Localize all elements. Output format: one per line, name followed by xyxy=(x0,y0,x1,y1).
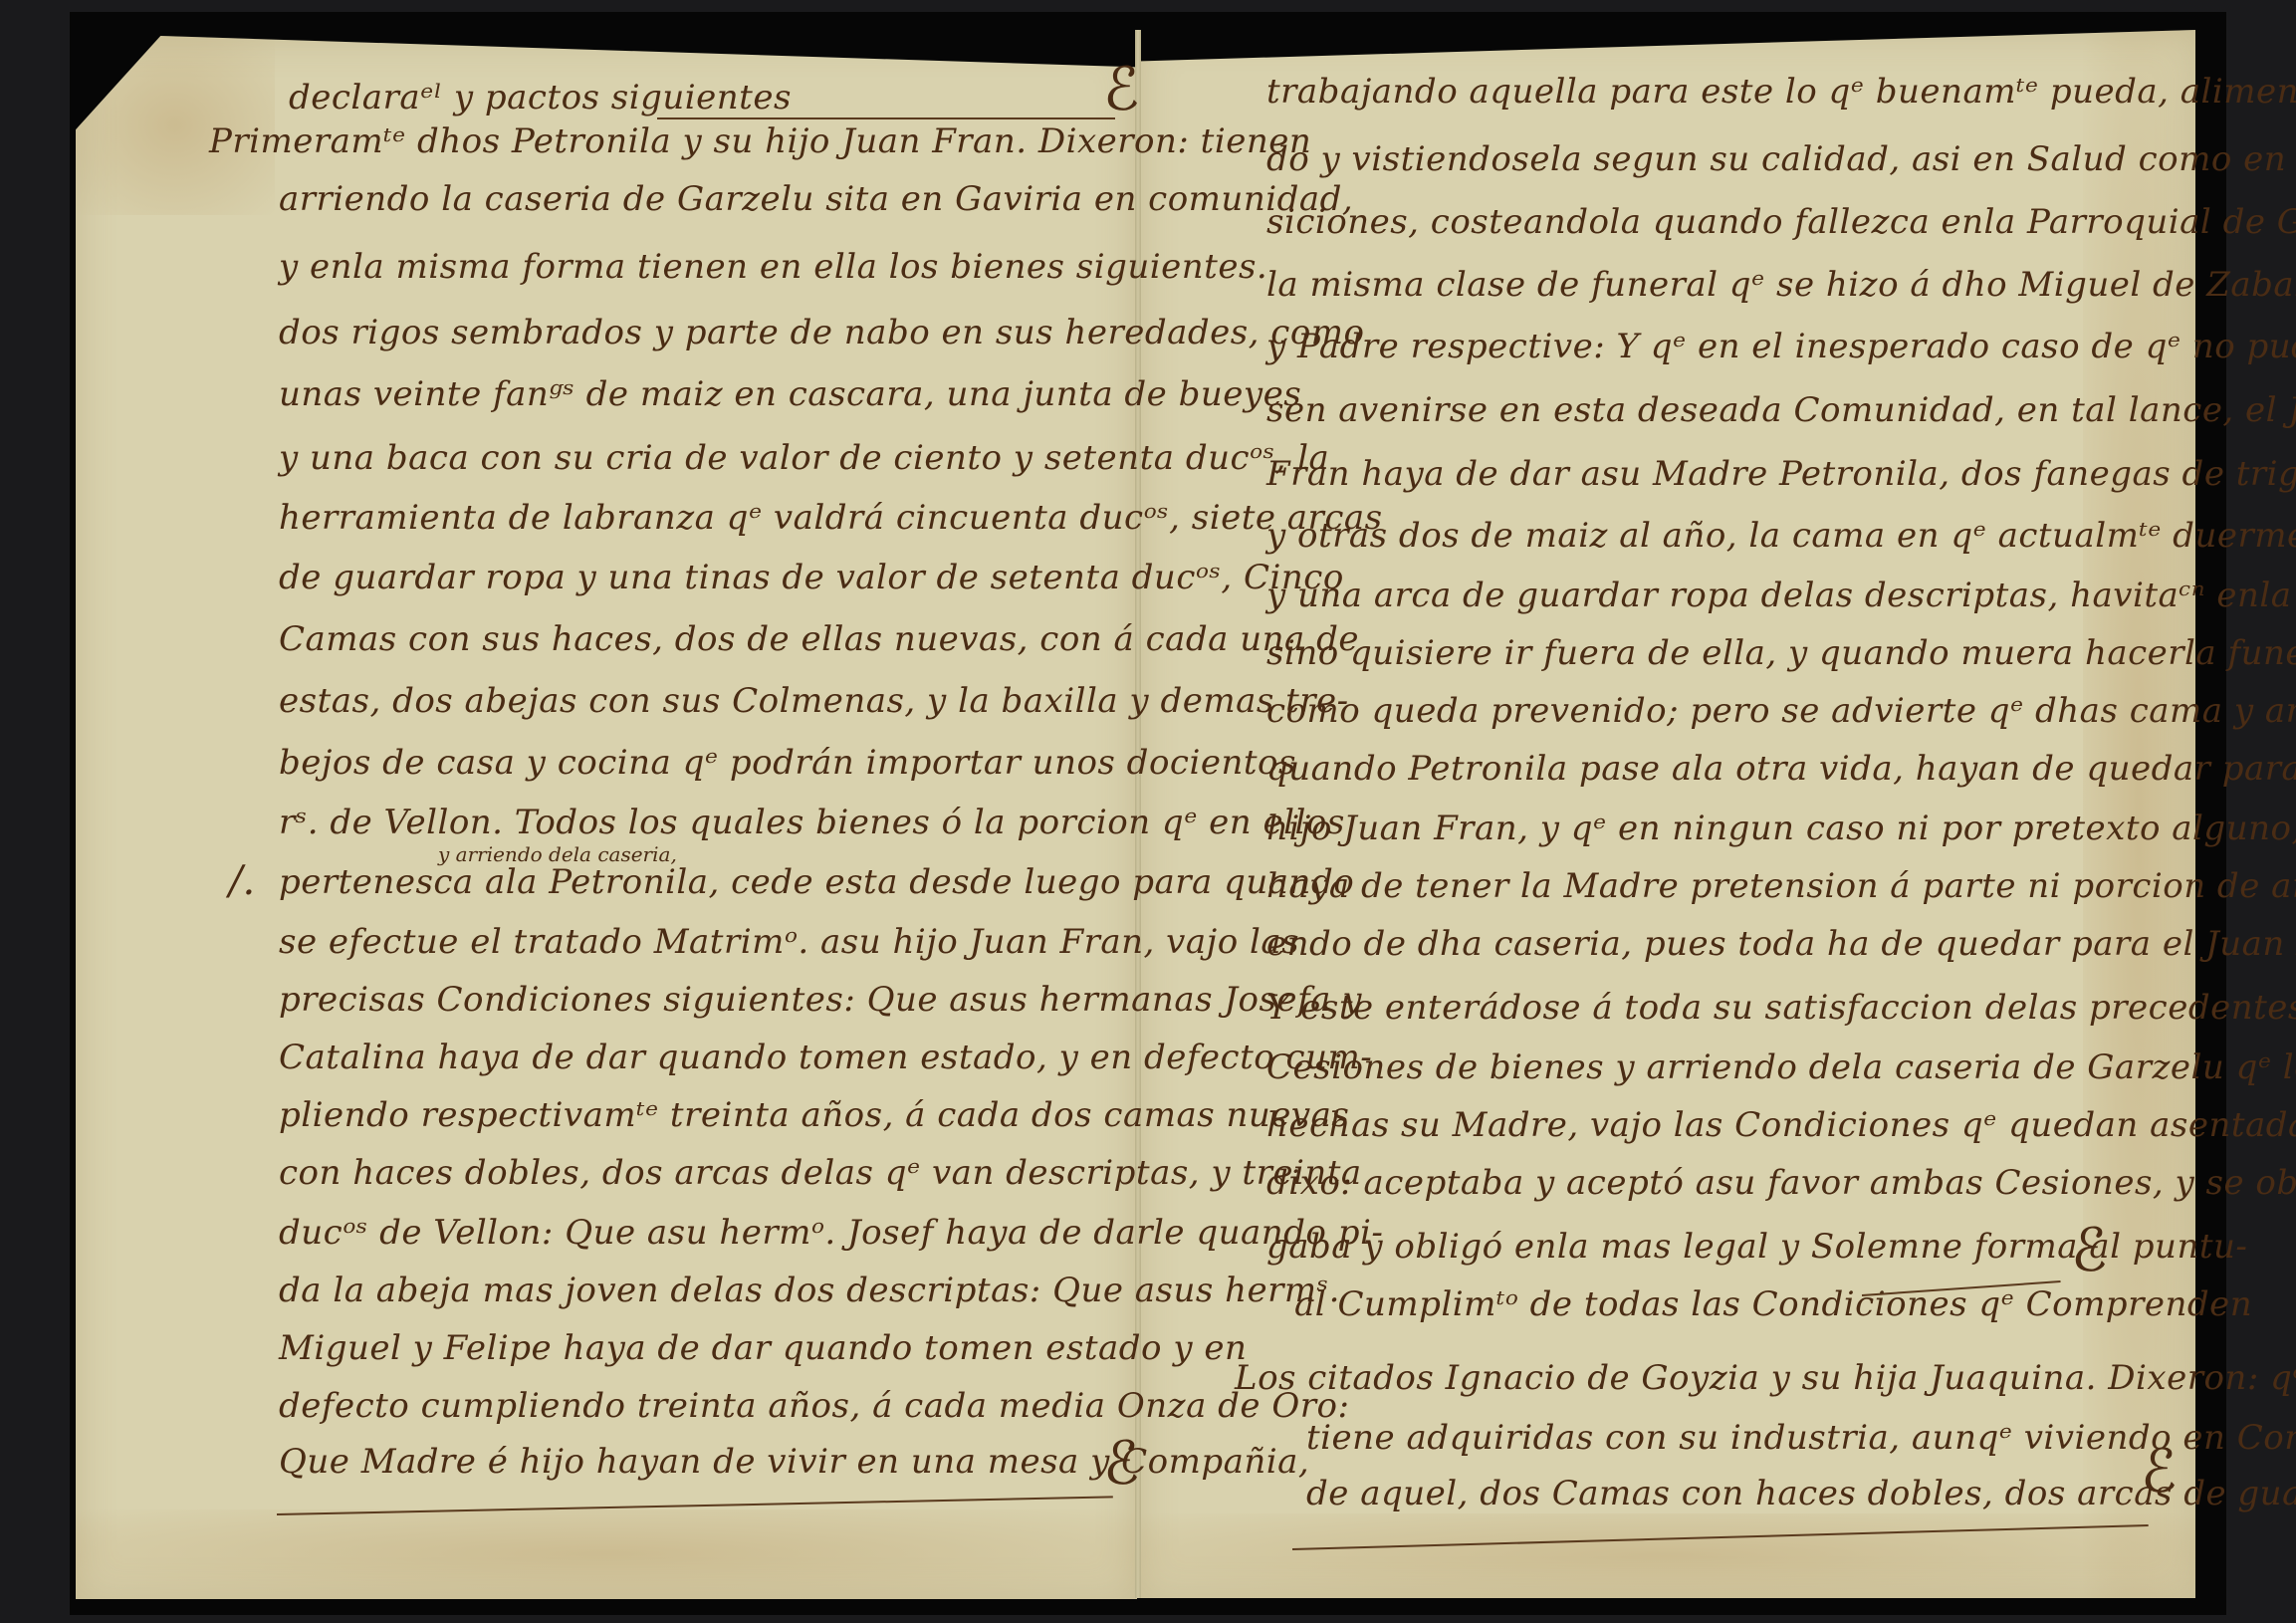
text-line: bejos de casa y cocina qᵉ podrán importa… xyxy=(279,743,1296,783)
text-line: haya de tener la Madre pretension á part… xyxy=(1266,866,2296,906)
text-line: Miguel y Felipe haya de dar quando tomen… xyxy=(279,1328,1247,1368)
text-line: y una arca de guardar ropa delas descrip… xyxy=(1266,576,2296,615)
text-line: precisas Condiciones siguientes: Que asu… xyxy=(279,980,1362,1020)
text-line: hijo Juan Fran, y qᵉ en ningun caso ni p… xyxy=(1266,809,2296,848)
text-line: y enla misma forma tienen en ella los bi… xyxy=(279,247,1267,287)
brace-mark: ℰ xyxy=(2141,1442,2177,1502)
text-line: trabajando aquella para este lo qᵉ buena… xyxy=(1266,72,2296,112)
brace-mark: ℰ xyxy=(2071,1221,2107,1280)
bottom-edge-stain xyxy=(1137,1513,2195,1598)
text-line: quando Petronila pase ala otra vida, hay… xyxy=(1266,749,2296,789)
text-line: se efectue el tratado Matrimᵒ. asu hijo … xyxy=(279,922,1299,962)
text-line: rˢ. de Vellon. Todos los quales bienes ó… xyxy=(279,803,1345,842)
margin-note: /. xyxy=(229,858,255,904)
text-line: dixo: aceptaba y aceptó asu favor ambas … xyxy=(1266,1163,2296,1203)
text-line: dos rigos sembrados y parte de nabo en s… xyxy=(279,313,1365,352)
text-line: unas veinte fanᵍˢ de maiz en cascara, un… xyxy=(279,374,1301,414)
line-filler-rule xyxy=(657,117,1115,119)
text-line: arriendo la caseria de Garzelu sita en G… xyxy=(279,179,1353,219)
text-line: do y vistiendosela segun su calidad, asi… xyxy=(1266,139,2296,179)
text-line: Camas con sus haces, dos de ellas nuevas… xyxy=(279,619,1359,659)
brace-mark: ℰ xyxy=(1103,60,1139,119)
text-line: la misma clase de funeral qᵉ se hizo á d… xyxy=(1266,265,2296,305)
text-line: Los citados Ignacio de Goyzia y su hija … xyxy=(1235,1358,2296,1398)
text-line: al Cumplimᵗᵒ de todas las Condiciones qᵉ… xyxy=(1294,1284,2252,1324)
text-line: Cesiones de bienes y arriendo dela caser… xyxy=(1266,1047,2296,1087)
text-line: como queda prevenido; pero se advierte q… xyxy=(1266,691,2296,731)
text-line: Que Madre é hijo hayan de vivir en una m… xyxy=(279,1442,1309,1482)
brace-mark: ℰ xyxy=(1103,1434,1139,1494)
text-line: pertenesca ala Petronila, cede esta desd… xyxy=(279,862,1354,902)
text-line: sen avenirse en esta deseada Comunidad, … xyxy=(1266,390,2296,430)
text-line: con haces dobles, dos arcas delas qᵉ van… xyxy=(279,1153,1362,1193)
text-line: endo de dha caseria, pues toda ha de que… xyxy=(1266,924,2296,964)
text-line: pliendo respectivamᵗᵉ treinta años, á ca… xyxy=(279,1095,1349,1135)
text-line: Fran haya de dar asu Madre Petronila, do… xyxy=(1266,454,2296,494)
text-line: de guardar ropa y una tinas de valor de … xyxy=(279,558,1344,597)
text-line: hechas su Madre, vajo las Condiciones qᵉ… xyxy=(1266,1105,2296,1145)
text-line: estas, dos abejas con sus Colmenas, y la… xyxy=(279,681,1349,721)
text-line: Y este enterádose á toda su satisfaccion… xyxy=(1266,988,2296,1028)
text-line: siciones, costeandola quando fallezca en… xyxy=(1266,202,2296,242)
text-line: y Padre respective: Y qᵉ en el inesperad… xyxy=(1266,327,2296,366)
text-line: da la abeja mas joven delas dos descript… xyxy=(279,1271,1340,1310)
text-line: defecto cumpliendo treinta años, á cada … xyxy=(279,1386,1349,1426)
text-line: y una baca con su cria de valor de cient… xyxy=(279,438,1329,478)
text-line: sino quisiere ir fuera de ella, y quando… xyxy=(1266,633,2296,673)
text-line: ducᵒˢ de Vellon: Que asu hermᵒ. Josef ha… xyxy=(279,1213,1383,1253)
text-line: Catalina haya de dar quando tomen estado… xyxy=(279,1038,1372,1077)
text-line: Primeramᵗᵉ dhos Petronila y su hijo Juan… xyxy=(209,121,1311,161)
text-line: declaraᵉˡ y pactos siguientes xyxy=(289,78,792,117)
bottom-edge-stain xyxy=(76,1509,1137,1599)
text-line: y otras dos de maiz al año, la cama en q… xyxy=(1266,516,2296,556)
text-line: herramienta de labranza qᵉ valdrá cincue… xyxy=(279,498,1383,538)
